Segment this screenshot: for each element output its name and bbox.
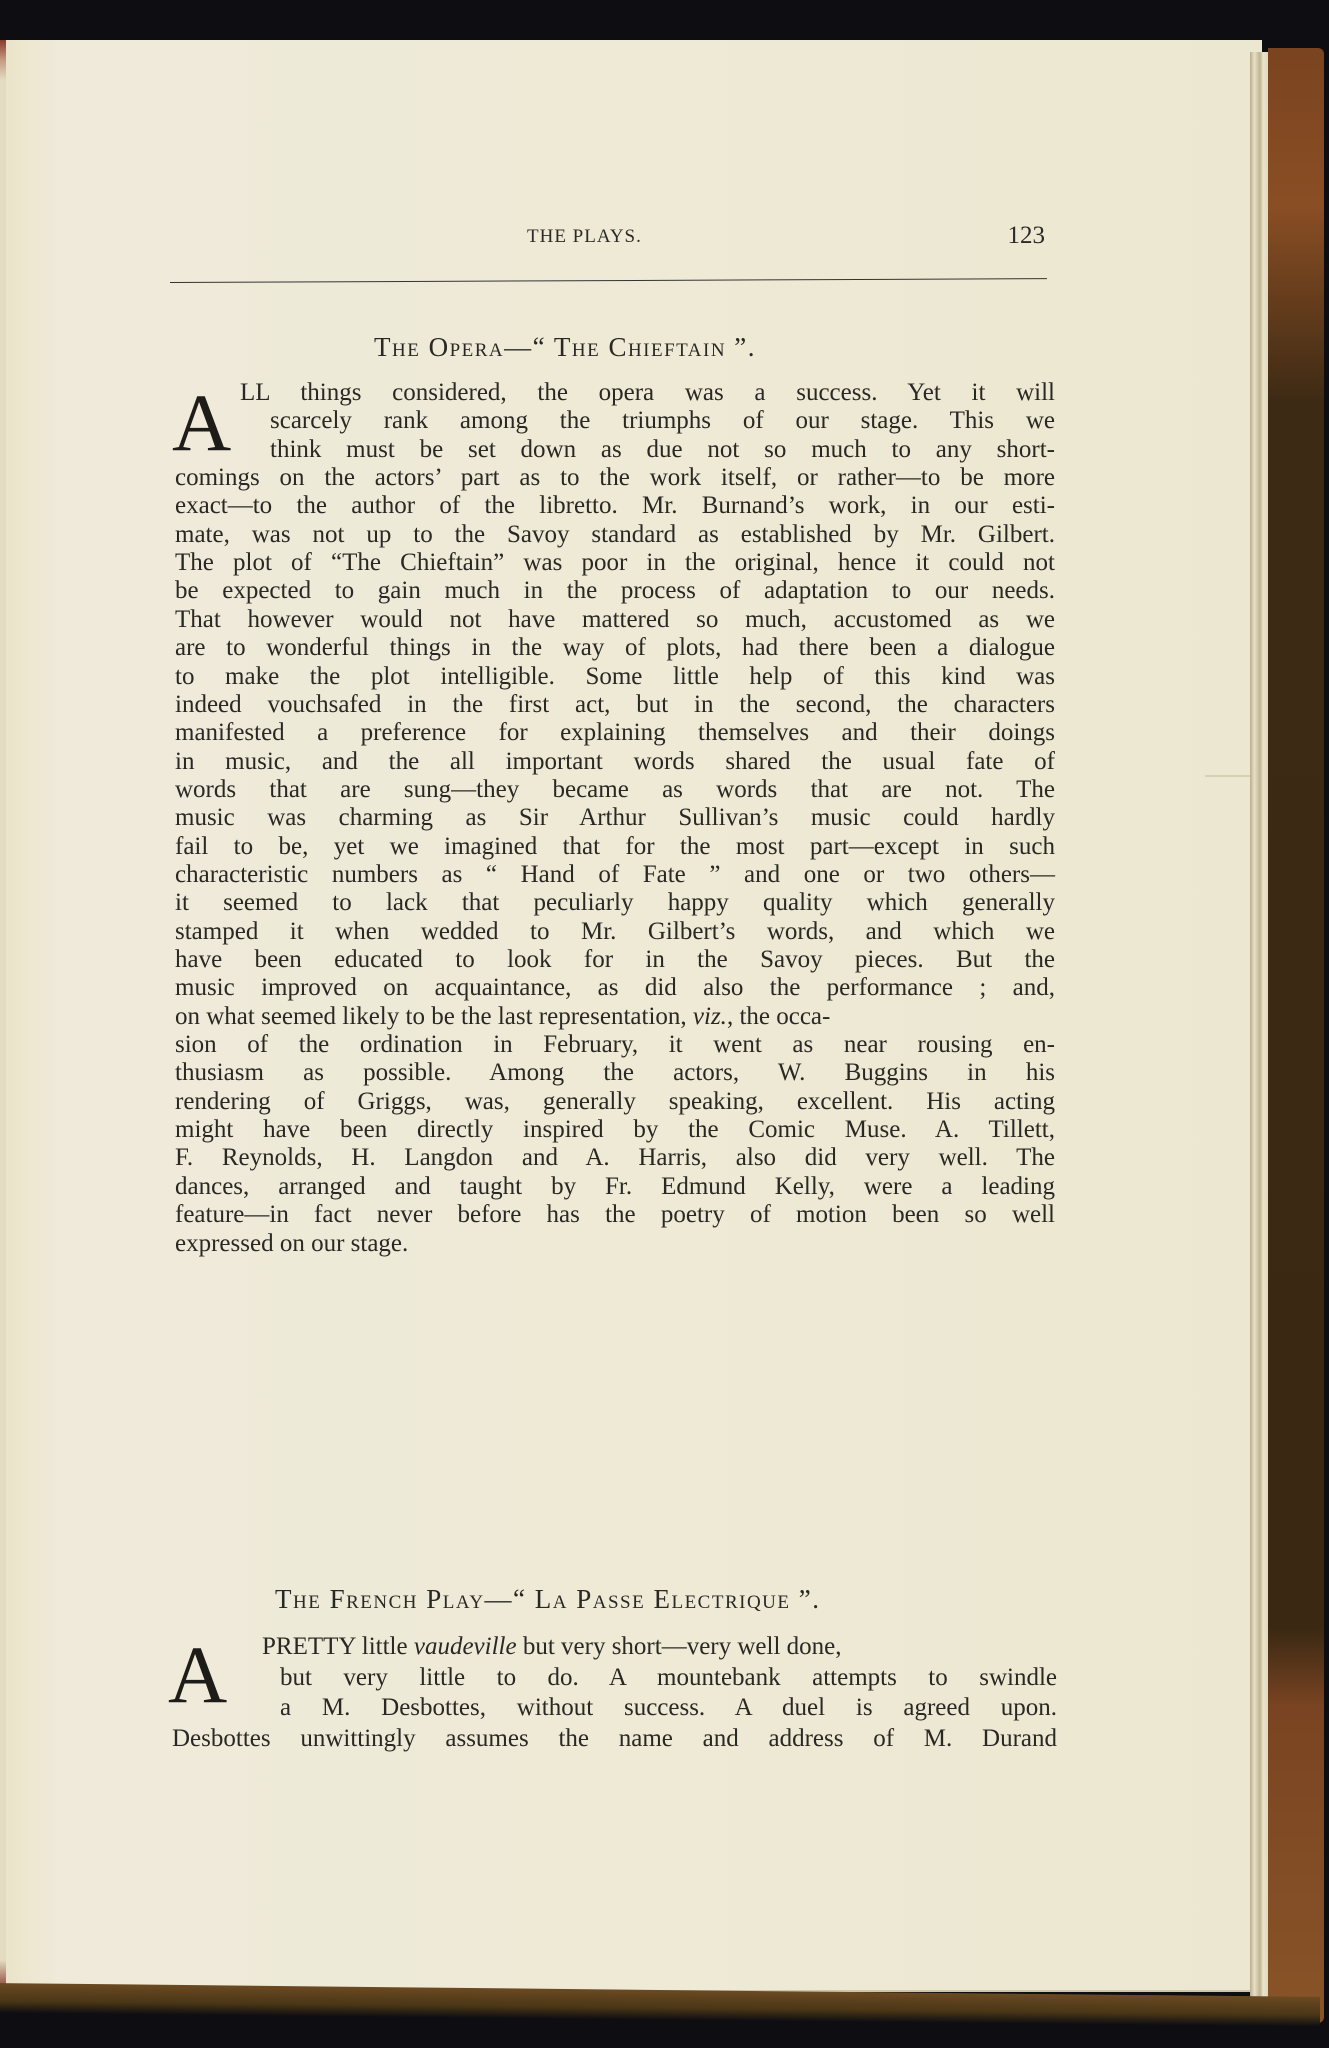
text-line: might have been directly inspired by the… (175, 1115, 1055, 1145)
text-line: on what seemed likely to be the last rep… (175, 1002, 1055, 1032)
text-line: have been educated to look for in the Sa… (175, 945, 1055, 975)
text-line: characteristic numbers as “ Hand of Fate… (175, 860, 1055, 890)
text-line: feature—in fact never before has the poe… (175, 1200, 1055, 1230)
text-line: expressed on our stage. (175, 1229, 1055, 1259)
text-line: stamped it when wedded to Mr. Gilbert’s … (175, 917, 1055, 947)
text-line: comings on the actors’ part as to the wo… (175, 463, 1055, 493)
page-number: 123 (1008, 222, 1046, 250)
text-segment: but very short—very well done, (517, 1633, 842, 1660)
text-line: PRETTY little vaudeville but very short—… (262, 1632, 1057, 1662)
italic-text: vaudeville (414, 1633, 517, 1660)
text-segment: PRETTY little (262, 1633, 414, 1660)
italic-text: viz. (693, 1003, 727, 1030)
text-line: That however would not have mattered so … (175, 605, 1055, 635)
text-line: The plot of “The Chieftain” was poor in … (175, 548, 1055, 578)
text-line: words that are sung—they became as words… (175, 775, 1055, 805)
section-heading-french-play: The French Play—“ La Passe Electrique ”. (275, 1584, 821, 1615)
book-cover-right (1268, 48, 1324, 2023)
text-line: LL things considered, the opera was a su… (240, 378, 1055, 408)
text-line: mate, was not up to the Savoy standard a… (175, 520, 1055, 550)
page-mark (1205, 775, 1250, 777)
text-line: fail to be, yet we imagined that for the… (175, 832, 1055, 862)
text-line: but very little to do. A mountebank atte… (280, 1663, 1057, 1693)
text-line: indeed vouchsafed in the first act, but … (175, 690, 1055, 720)
text-line: be expected to gain much in the process … (175, 576, 1055, 606)
text-line: music improved on acquaintance, as did a… (175, 973, 1055, 1003)
text-line: exact—to the author of the libretto. Mr.… (175, 491, 1055, 521)
running-head: THE PLAYS. 123 (170, 226, 1050, 256)
text-line: to make the plot intelligible. Some litt… (175, 662, 1055, 692)
text-segment: , the occa- (727, 1003, 830, 1030)
page-gutter (0, 40, 6, 1990)
text-line: in music, and the all important words sh… (175, 747, 1055, 777)
text-line: thusiasm as possible. Among the actors, … (175, 1058, 1055, 1088)
text-line: are to wonderful things in the way of pl… (175, 633, 1055, 663)
text-line: think must be set down as due not so muc… (270, 435, 1055, 465)
text-line: rendering of Griggs, was, generally spea… (175, 1087, 1055, 1117)
text-line: sion of the ordination in February, it w… (175, 1030, 1055, 1060)
text-line: Desbottes unwittingly assumes the name a… (172, 1724, 1057, 1754)
text-line: F. Reynolds, H. Langdon and A. Harris, a… (175, 1143, 1055, 1173)
running-head-title: THE PLAYS. (527, 226, 642, 248)
text-segment: on what seemed likely to be the last rep… (175, 1003, 693, 1030)
text-line: scarcely rank among the triumphs of our … (270, 406, 1055, 436)
text-line: music was charming as Sir Arthur Sulliva… (175, 803, 1055, 833)
drop-cap: A (172, 382, 231, 464)
section-heading-opera: The Opera—“ The Chieftain ”. (374, 332, 756, 363)
drop-cap: A (168, 1634, 227, 1716)
text-line: it seemed to lack that peculiarly happy … (175, 888, 1055, 918)
text-line: dances, arranged and taught by Fr. Edmun… (175, 1172, 1055, 1202)
text-line: manifested a preference for explaining t… (175, 718, 1055, 748)
text-line: a M. Desbottes, without success. A duel … (280, 1693, 1057, 1723)
